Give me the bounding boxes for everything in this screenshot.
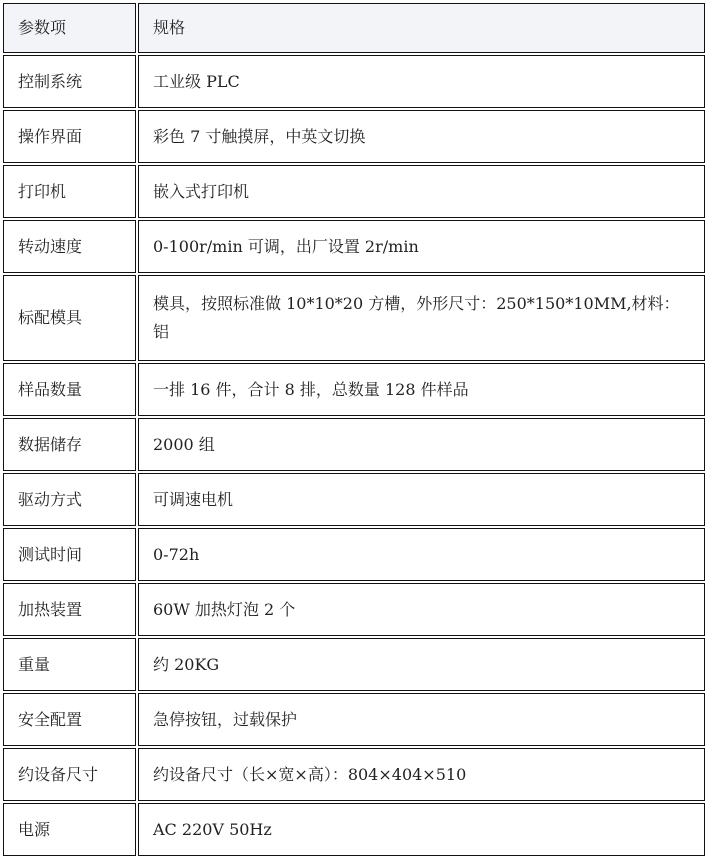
param-cell: 操作界面 — [3, 110, 136, 163]
table-row: 样品数量 一排 16 件，合计 8 排，总数量 128 件样品 — [3, 363, 705, 416]
table-row: 控制系统 工业级 PLC — [3, 55, 705, 108]
spec-table: 参数项 规格 控制系统 工业级 PLC 操作界面 彩色 7 寸触摸屏，中英文切换… — [1, 1, 707, 858]
param-cell: 转动速度 — [3, 220, 136, 273]
param-cell: 打印机 — [3, 165, 136, 218]
table-row: 数据储存 2000 组 — [3, 418, 705, 471]
spec-cell: 嵌入式打印机 — [138, 165, 705, 218]
table-row: 安全配置 急停按钮，过载保护 — [3, 693, 705, 746]
param-cell: 安全配置 — [3, 693, 136, 746]
table-row: 测试时间 0-72h — [3, 528, 705, 581]
spec-cell: 模具，按照标准做 10*10*20 方槽，外形尺寸：250*150*10MM,材… — [138, 275, 705, 361]
param-cell: 重量 — [3, 638, 136, 691]
table-row: 约设备尺寸 约设备尺寸（长×宽×高）：804×404×510 — [3, 748, 705, 801]
table-row: 电源 AC 220V 50Hz — [3, 803, 705, 856]
param-cell: 电源 — [3, 803, 136, 856]
param-cell: 标配模具 — [3, 275, 136, 361]
table-row: 打印机 嵌入式打印机 — [3, 165, 705, 218]
table-row: 转动速度 0-100r/min 可调，出厂设置 2r/min — [3, 220, 705, 273]
spec-cell: 一排 16 件，合计 8 排，总数量 128 件样品 — [138, 363, 705, 416]
param-cell: 约设备尺寸 — [3, 748, 136, 801]
spec-cell: 彩色 7 寸触摸屏，中英文切换 — [138, 110, 705, 163]
table-row: 加热装置 60W 加热灯泡 2 个 — [3, 583, 705, 636]
spec-cell: 60W 加热灯泡 2 个 — [138, 583, 705, 636]
param-cell: 数据储存 — [3, 418, 136, 471]
param-cell: 控制系统 — [3, 55, 136, 108]
param-cell: 测试时间 — [3, 528, 136, 581]
spec-cell: 可调速电机 — [138, 473, 705, 526]
spec-cell: 约 20KG — [138, 638, 705, 691]
spec-cell: 工业级 PLC — [138, 55, 705, 108]
param-cell: 驱动方式 — [3, 473, 136, 526]
table-row: 驱动方式 可调速电机 — [3, 473, 705, 526]
table-row: 操作界面 彩色 7 寸触摸屏，中英文切换 — [3, 110, 705, 163]
header-param-cell: 参数项 — [3, 3, 136, 53]
header-spec-cell: 规格 — [138, 3, 705, 53]
spec-cell: 约设备尺寸（长×宽×高）：804×404×510 — [138, 748, 705, 801]
spec-cell: 0-100r/min 可调，出厂设置 2r/min — [138, 220, 705, 273]
spec-cell: 0-72h — [138, 528, 705, 581]
table-row: 标配模具 模具，按照标准做 10*10*20 方槽，外形尺寸：250*150*1… — [3, 275, 705, 361]
spec-cell: 急停按钮，过载保护 — [138, 693, 705, 746]
param-cell: 加热装置 — [3, 583, 136, 636]
param-cell: 样品数量 — [3, 363, 136, 416]
spec-cell: 2000 组 — [138, 418, 705, 471]
table-row: 重量 约 20KG — [3, 638, 705, 691]
table-header-row: 参数项 规格 — [3, 3, 705, 53]
spec-cell: AC 220V 50Hz — [138, 803, 705, 856]
